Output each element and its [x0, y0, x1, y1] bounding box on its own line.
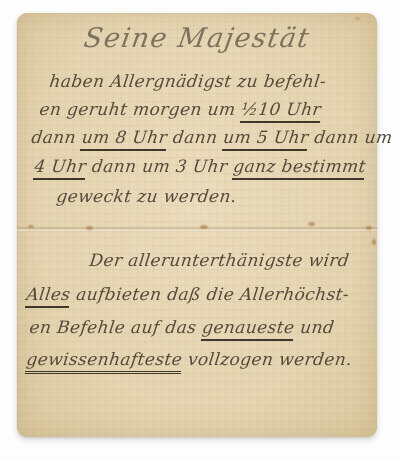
handwritten-text: geweckt zu werden. — [55, 187, 238, 207]
handwritten-text: dann um — [307, 128, 393, 148]
handwritten-text: dann um 3 Uhr — [85, 157, 235, 177]
underlined-text: genaueste — [201, 318, 296, 341]
handwritten-line: en geruht morgen um ½10 Uhr — [38, 98, 323, 122]
foxing-stain — [200, 225, 208, 229]
handwritten-line: dann um 8 Uhr dann um 5 Uhr dann um — [30, 126, 394, 150]
handwritten-line: Alles aufbieten daß die Allerhöchst- — [25, 283, 351, 307]
manuscript-page: Seine Majestät haben Allergnädigst zu be… — [17, 13, 377, 437]
handwritten-line: en Befehle auf das genaueste und — [28, 316, 336, 340]
handwritten-text: haben Allergnädigst zu befehl- — [48, 72, 327, 92]
handwritten-text: en Befehle auf das — [28, 318, 203, 338]
handwritten-line: geweckt zu werden. — [55, 185, 238, 209]
handwritten-text: Der allerunterthänigste wird — [88, 251, 350, 271]
foxing-stain — [28, 225, 34, 228]
handwritten-text: en geruht morgen um — [38, 100, 242, 120]
underlined-text: ganz bestimmt — [232, 157, 367, 180]
underlined-text: um 8 Uhr — [80, 128, 168, 151]
handwritten-text: aufbieten daß die Allerhöchst- — [69, 285, 350, 305]
handwritten-text: dann — [30, 128, 83, 148]
foxing-stain — [366, 226, 372, 230]
handwritten-line: 4 Uhr dann um 3 Uhr ganz bestimmt — [33, 155, 367, 179]
handwritten-text: vollzogen werden. — [181, 350, 353, 370]
foxing-stain — [308, 222, 315, 226]
underlined-text: 4 Uhr — [33, 157, 87, 180]
underlined-text: ½10 Uhr — [240, 100, 323, 123]
underlined-text: Alles — [25, 285, 72, 308]
handwritten-text: und — [293, 318, 335, 338]
handwritten-line: haben Allergnädigst zu befehl- — [48, 70, 328, 94]
foxing-stain — [355, 17, 360, 20]
foxing-stain — [372, 239, 376, 245]
foxing-stain — [86, 226, 93, 230]
page-fold-seam — [17, 226, 377, 232]
handwritten-line: gewissenhafteste vollzogen werden. — [25, 348, 353, 372]
handwritten-text: dann — [166, 128, 225, 148]
handwritten-line: Der allerunterthänigste wird — [88, 249, 351, 273]
underlined-text: gewissenhafteste — [25, 350, 184, 374]
underlined-text: um 5 Uhr — [222, 128, 310, 151]
photo-background: Seine Majestät haben Allergnädigst zu be… — [0, 0, 399, 460]
manuscript-title: Seine Majestät — [15, 23, 380, 54]
